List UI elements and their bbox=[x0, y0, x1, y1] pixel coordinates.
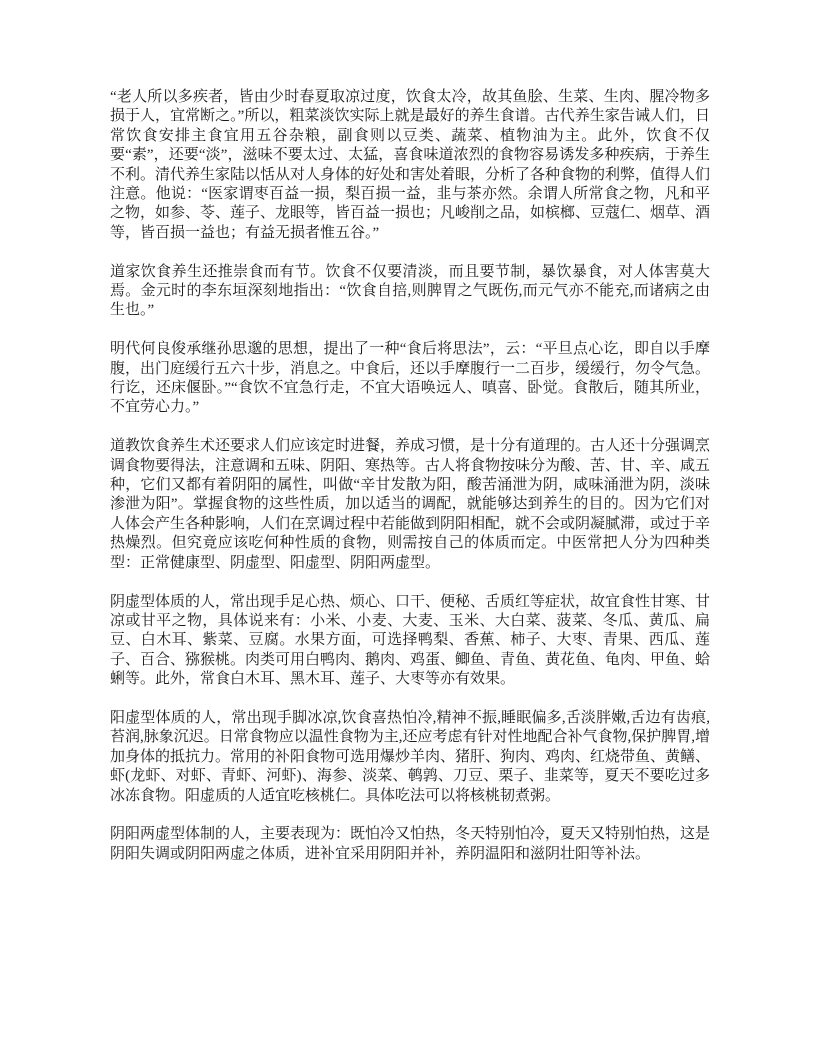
document-body: “老人所以多疾者，皆由少时春夏取凉过度，饮食太冷，故其鱼脍、生菜、生肉、腥冷物多… bbox=[110, 88, 710, 884]
paragraph-dual-deficiency: 阴阳两虚型体制的人，主要表现为：既怕冷又怕热，冬天特别怕冷，夏天又特别怕热，这是… bbox=[110, 825, 710, 864]
paragraph-diet-principles: “老人所以多疾者，皆由少时春夏取凉过度，饮食太冷，故其鱼脍、生菜、生肉、腥冷物多… bbox=[110, 88, 710, 243]
paragraph-yin-yang-flavors: 道教饮食养生术还要求人们应该定时进餐，养成习惯，是十分有道理的。古人还十分强调烹… bbox=[110, 437, 710, 573]
paragraph-yang-deficiency: 阳虚型体质的人，常出现手脚冰凉,饮食喜热怕冷,精神不振,睡眠偏多,舌淡胖嫩,舌边… bbox=[110, 709, 710, 806]
paragraph-moderation: 道家饮食养生还推崇食而有节。饮食不仅要清淡，而且要节制，暴饮暴食，对人体害莫大焉… bbox=[110, 263, 710, 321]
document-page: “老人所以多疾者，皆由少时春夏取凉过度，饮食太冷，故其鱼脍、生菜、生肉、腥冷物多… bbox=[0, 0, 816, 1056]
paragraph-yin-deficiency: 阴虚型体质的人，常出现手足心热、烦心、口干、便秘、舌质红等症状，故宜食性甘寒、甘… bbox=[110, 593, 710, 690]
paragraph-post-meal-method: 明代何良俊承继孙思邈的思想，提出了一种“食后将思法”，云：“平旦点心讫，即自以手… bbox=[110, 340, 710, 418]
